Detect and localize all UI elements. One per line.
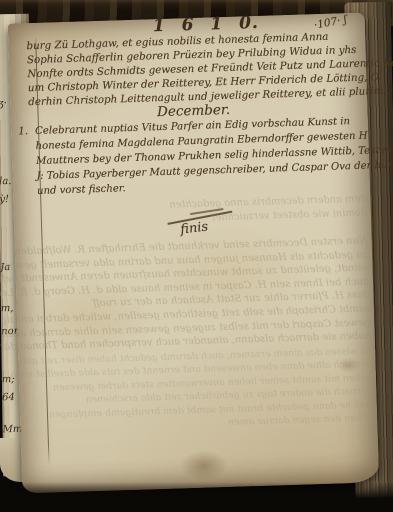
bleedthrough-text-upper: dem andern decembris anno gedachten domi…	[39, 193, 367, 231]
manuscript-photo: ʒ· la. ỳ! Ja m, nor m; 64 Mm. 1 6 1 0. ·…	[0, 0, 393, 512]
entry-number: 1.	[18, 125, 28, 137]
bleedthrough-text-lower: zu wissen das ainem ersamen, auch darumb…	[44, 344, 373, 435]
entry-paragraph: Celebrarunt nuptias Vitus Parfer ain Edi…	[35, 113, 393, 200]
bottom-shadow	[0, 482, 393, 512]
continuation-paragraph: burg Zü Lothgaw, et egius nobilis et hon…	[26, 27, 393, 109]
left-edge-fragment: Mm.	[3, 424, 21, 435]
left-edge-fragment: la.	[0, 176, 12, 187]
left-edge-fragment: ỳ!	[0, 194, 9, 205]
book-page: 1 6 1 0. ·107· ʃ burg Zü Lothgaw, et egi…	[8, 13, 380, 494]
bleedthrough-text-middle: Nun ersten Decembris seind verkhundt die…	[41, 235, 371, 354]
left-edge-fragment: ʒ·	[0, 98, 7, 109]
left-edge-fragment: m,	[1, 303, 14, 314]
left-edge-fragment: 64	[2, 392, 15, 403]
